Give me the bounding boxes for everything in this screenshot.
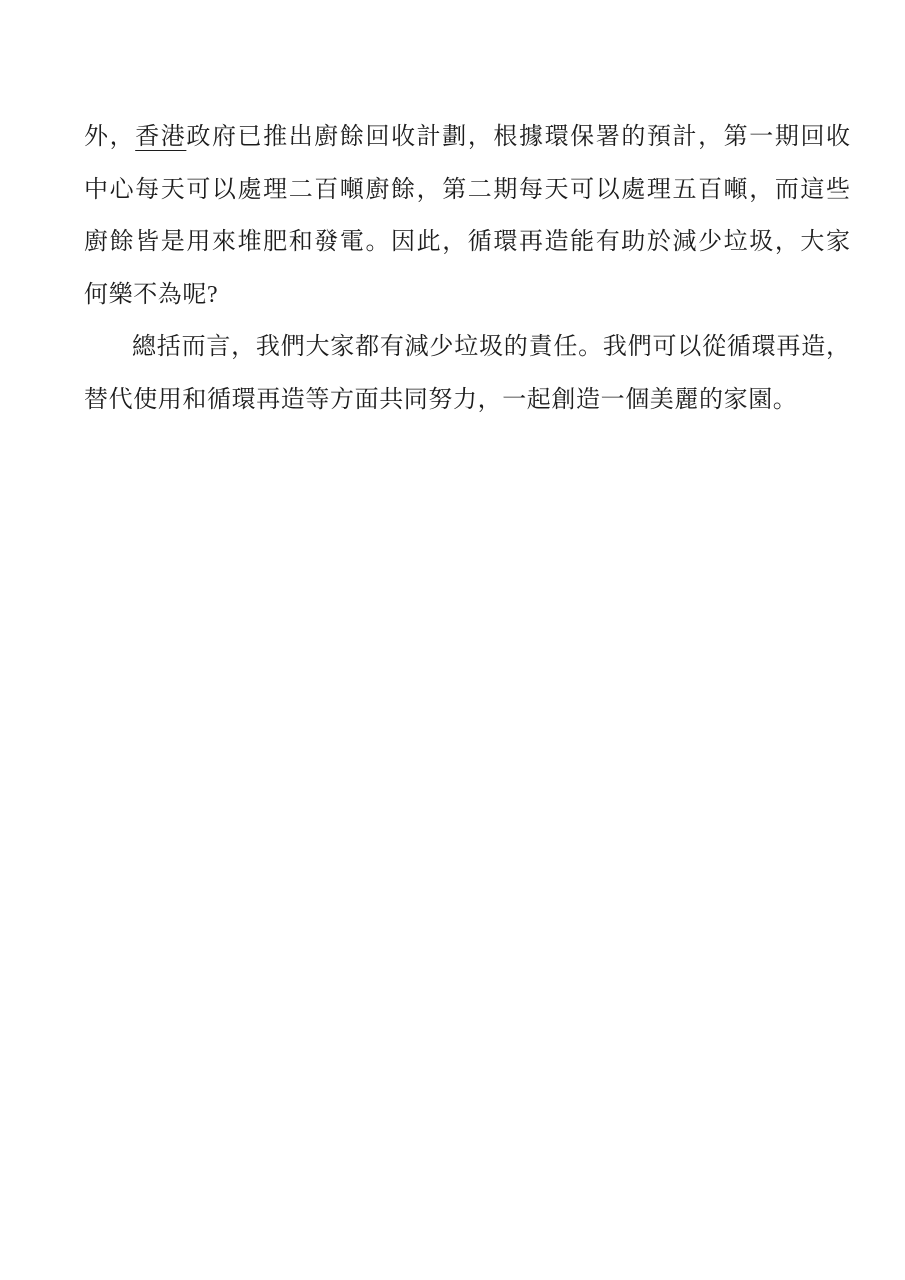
paragraph-conclusion: 總括而言，我們大家都有減少垃圾的責任。我們可以從循環再造，替代使用和循環再造等方… bbox=[84, 321, 850, 426]
text-run: 總括而言，我們大家都有減少垃圾的責任。我們可以從循環再造， bbox=[132, 334, 850, 360]
underlined-proper-noun: 香港 bbox=[135, 124, 186, 150]
text-run: 替代使用和循環再造等方面共同努力，一起創造一個美麗的家園。 bbox=[84, 387, 797, 413]
text-line: 何樂不為呢? bbox=[84, 269, 850, 322]
text-run: 何樂不為呢? bbox=[84, 282, 218, 308]
text-run: 廚餘皆是用來堆肥和發電。因此，循環再造能有助於減少垃圾，大家 bbox=[84, 229, 850, 255]
text-line: 總括而言，我們大家都有減少垃圾的責任。我們可以從循環再造， bbox=[84, 321, 850, 374]
text-line: 外，香港政府已推出廚餘回收計劃，根據環保署的預計，第一期回收 bbox=[84, 111, 850, 164]
text-block: 外，香港政府已推出廚餘回收計劃，根據環保署的預計，第一期回收中心每天可以處理二百… bbox=[84, 111, 850, 426]
text-line: 中心每天可以處理二百噸廚餘，第二期每天可以處理五百噸，而這些 bbox=[84, 164, 850, 217]
paragraph-food-waste-recycling: 外，香港政府已推出廚餘回收計劃，根據環保署的預計，第一期回收中心每天可以處理二百… bbox=[84, 111, 850, 321]
text-run: 外， bbox=[84, 124, 135, 150]
text-run: 中心每天可以處理二百噸廚餘，第二期每天可以處理五百噸，而這些 bbox=[84, 177, 850, 203]
text-line: 替代使用和循環再造等方面共同努力，一起創造一個美麗的家園。 bbox=[84, 374, 850, 427]
text-line: 廚餘皆是用來堆肥和發電。因此，循環再造能有助於減少垃圾，大家 bbox=[84, 216, 850, 269]
text-run: 政府已推出廚餘回收計劃，根據環保署的預計，第一期回收 bbox=[186, 124, 850, 150]
document-page: 外，香港政府已推出廚餘回收計劃，根據環保署的預計，第一期回收中心每天可以處理二百… bbox=[0, 0, 905, 1280]
